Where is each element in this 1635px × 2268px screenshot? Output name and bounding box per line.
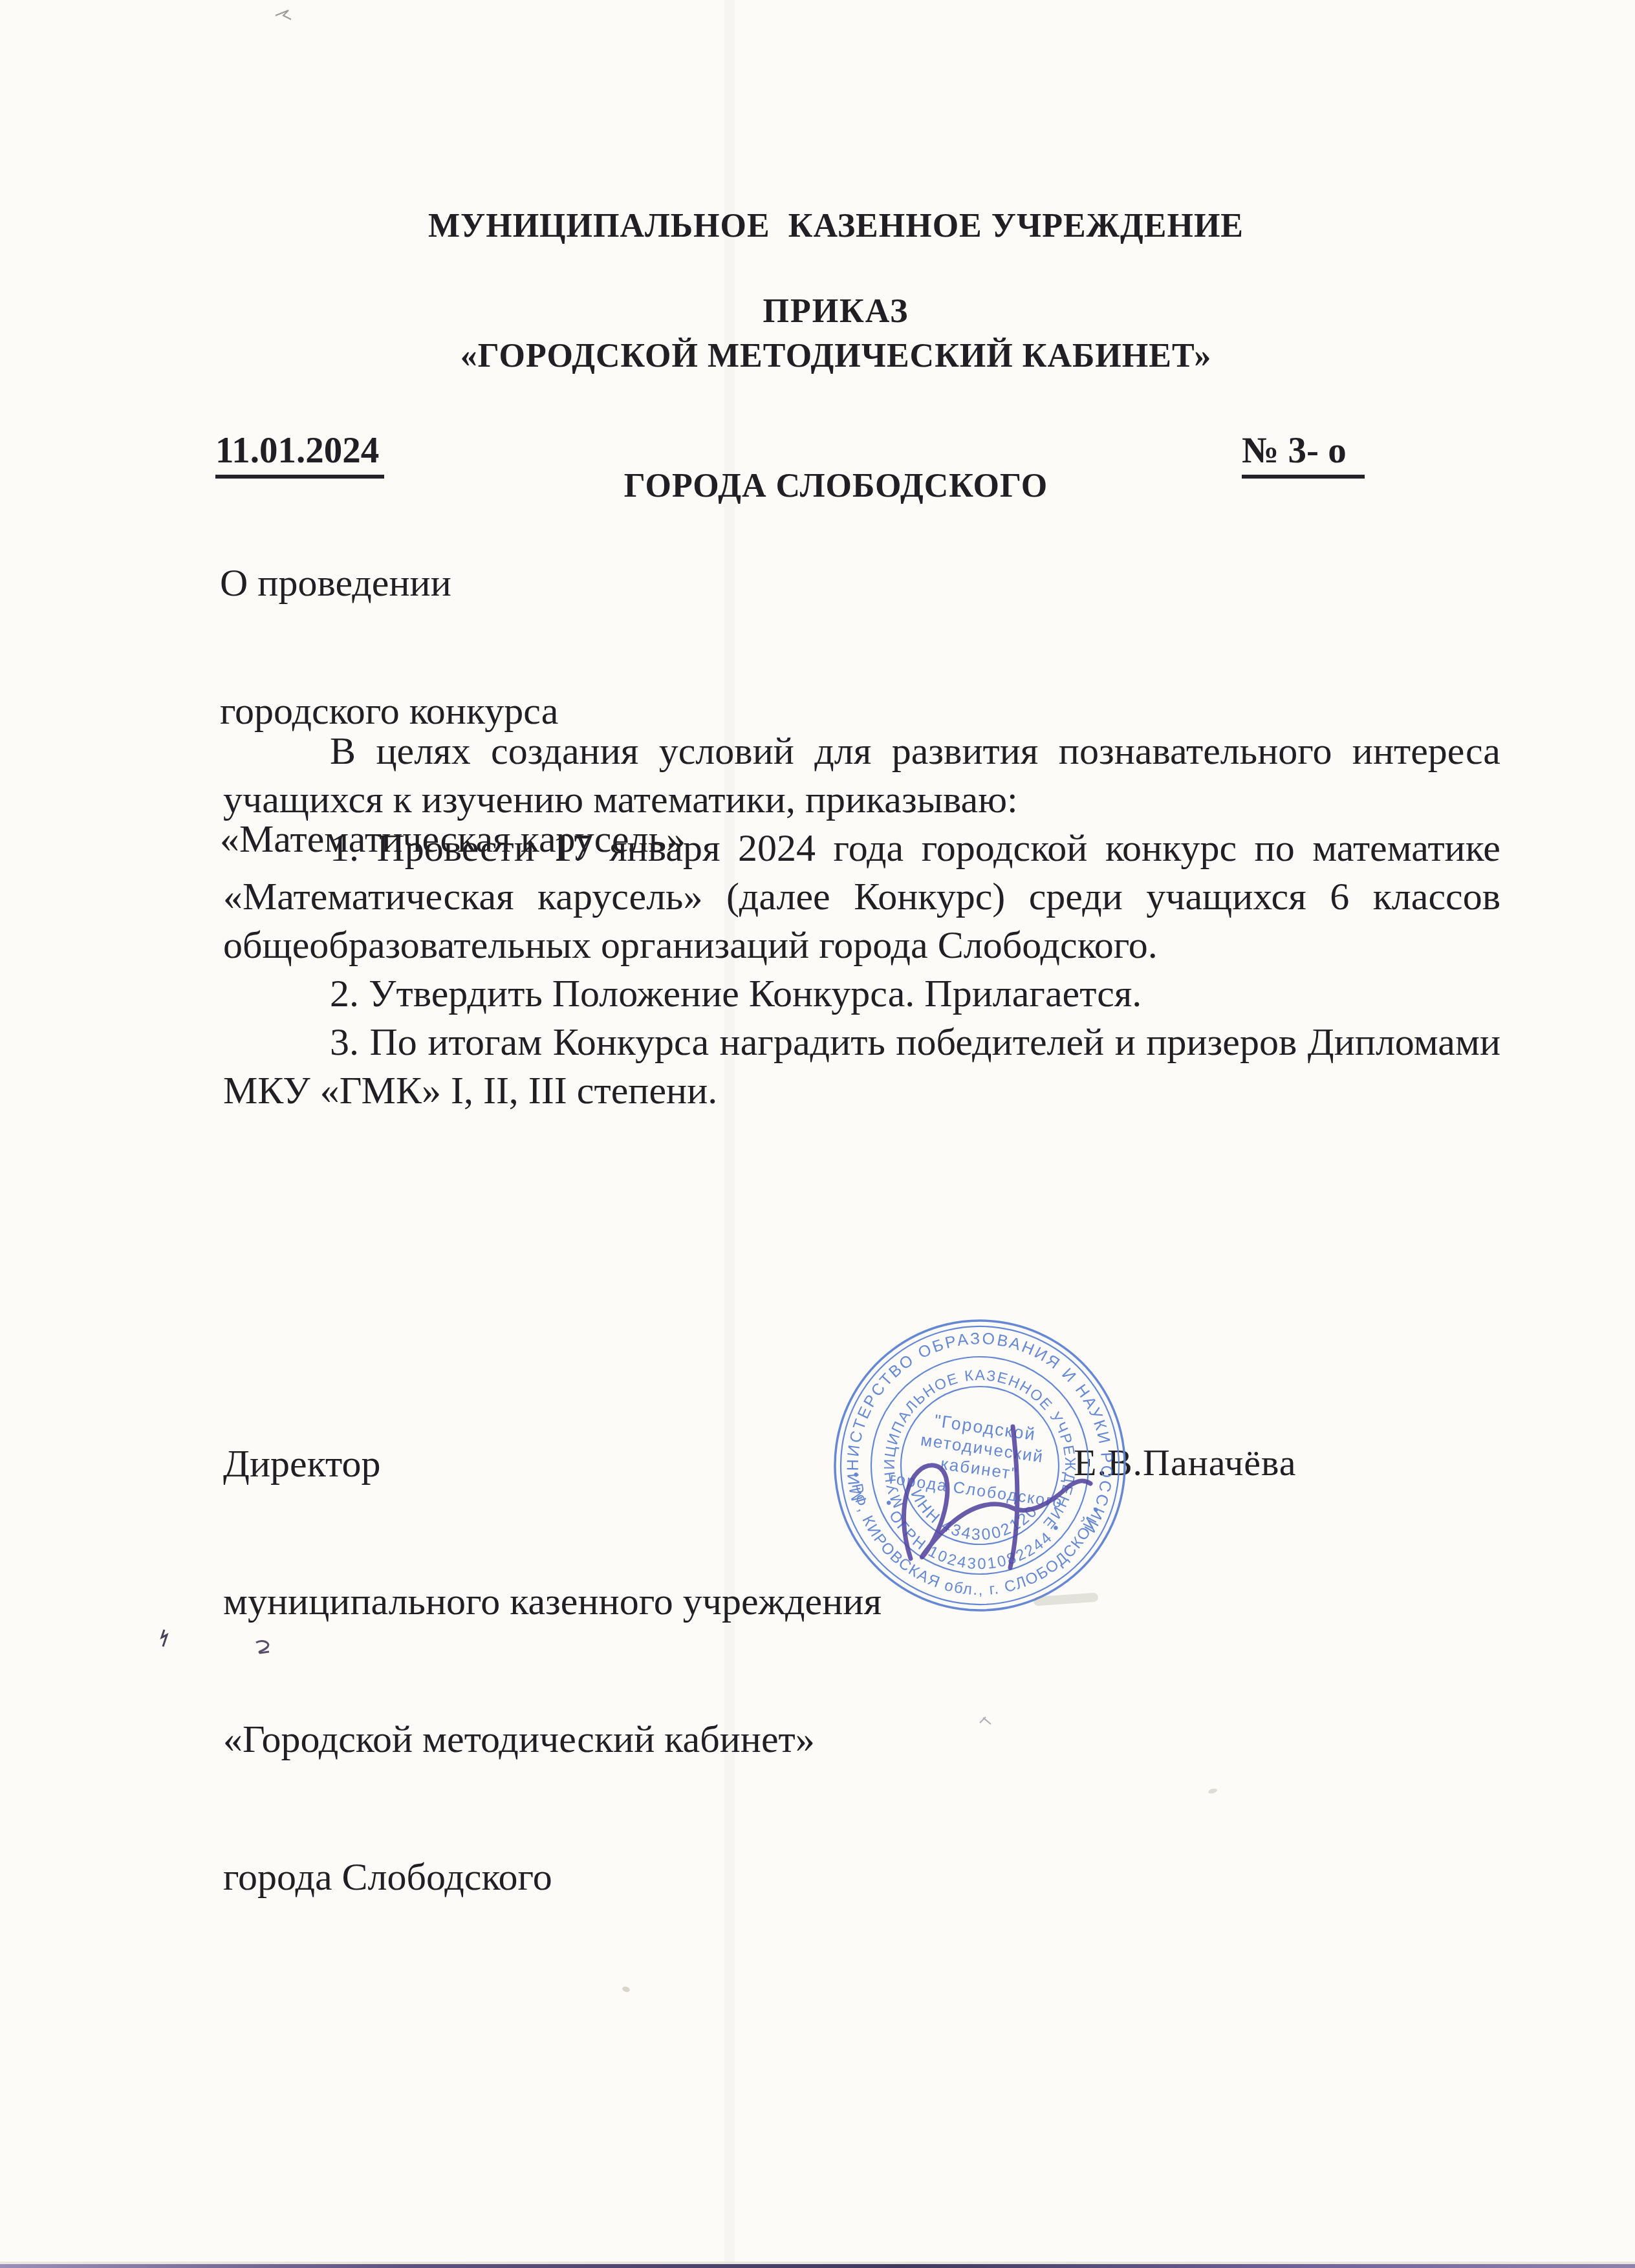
doc-body: В целях создания условий для развития по… bbox=[223, 727, 1500, 1115]
handwritten-signature bbox=[854, 1403, 1125, 1591]
ink-speck bbox=[254, 1637, 273, 1654]
ink-speck bbox=[1207, 1787, 1217, 1794]
ink-speck bbox=[158, 1628, 171, 1648]
doc-type-title: ПРИКАЗ bbox=[197, 292, 1475, 330]
doc-number: № 3- о bbox=[1242, 429, 1365, 479]
ink-speck bbox=[274, 6, 298, 23]
org-name-line-1: МУНИЦИПАЛЬНОЕ КАЗЕННОЕ УЧРЕЖДЕНИЕ bbox=[197, 204, 1475, 248]
item-1-line-3: общеобразовательных организаций города С… bbox=[223, 921, 1500, 969]
paragraph-1-line-1: В целях создания условий для развития по… bbox=[223, 727, 1500, 775]
item-2-line-1: 2. Утвердить Положение Конкурса. Прилага… bbox=[223, 969, 1500, 1018]
subject-line-1: О проведении bbox=[220, 561, 1061, 604]
document-page: МУНИЦИПАЛЬНОЕ КАЗЕННОЕ УЧРЕЖДЕНИЕ «ГОРОД… bbox=[0, 0, 1635, 2268]
ink-speck bbox=[978, 1714, 996, 1727]
doc-date: 11.01.2024 bbox=[215, 429, 384, 479]
org-name-line-2: «ГОРОДСКОЙ МЕТОДИЧЕСКИЙ КАБИНЕТ» bbox=[197, 334, 1475, 378]
paragraph-1-line-2: учащихся к изучению математики, приказыв… bbox=[223, 775, 1500, 824]
item-3-line-2: МКУ «ГМК» I, II, III степени. bbox=[223, 1066, 1500, 1115]
item-1-line-2: «Математическая карусель» (далее Конкурс… bbox=[223, 872, 1500, 921]
subject-line-2: городского конкурса bbox=[220, 689, 1061, 732]
item-1-line-1: 1. Провести 17 января 2024 года городско… bbox=[223, 824, 1500, 872]
item-3-line-1: 3. По итогам Конкурса наградить победите… bbox=[223, 1018, 1500, 1066]
scan-edge-line bbox=[0, 2264, 1635, 2268]
signer-title-line-4: города Слободского bbox=[223, 1854, 1129, 1900]
